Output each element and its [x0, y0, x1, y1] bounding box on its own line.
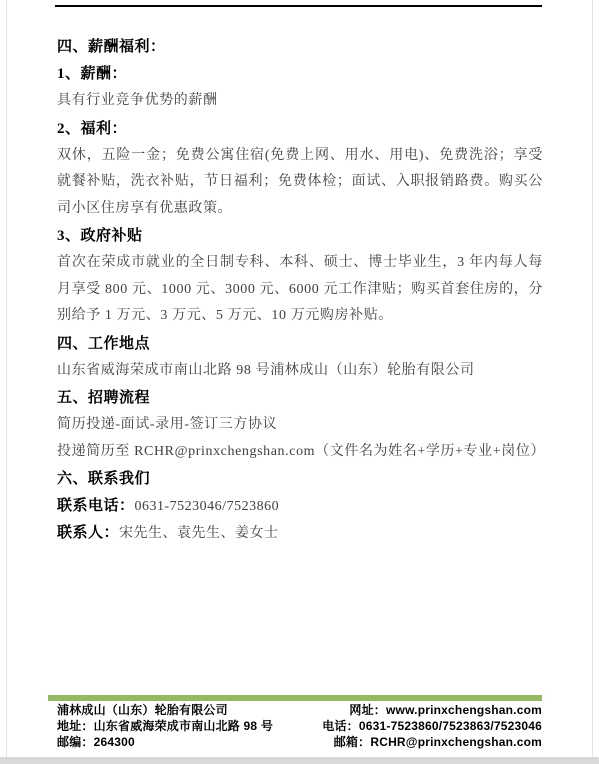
section-heading-salary: 1、薪酬： [57, 61, 543, 87]
recruitment-process-paragraph: 简历投递-面试-录用-签订三方协议 [57, 412, 543, 439]
contact-phone-line: 联系电话：0631-7523046/7523860 [57, 493, 543, 520]
document-body: 四、薪酬福利： 1、薪酬： 具有行业竞争优势的薪酬 2、福利： 双休，五险一金；… [57, 33, 543, 547]
footer-company-block: 浦林成山（山东）轮胎有限公司 地址：山东省威海荣成市南山北路 98 号 邮编：2… [57, 702, 273, 750]
contact-person-value: 宋先生、袁先生、姜女士 [119, 526, 279, 541]
footer-email-line: 邮箱：RCHR@prinxchengshan.com [322, 734, 542, 750]
footer-accent-bar [48, 695, 542, 701]
footer-zipcode-line: 邮编：264300 [57, 734, 273, 750]
contact-phone-value: 0631-7523046/7523860 [135, 499, 280, 514]
welfare-paragraph: 双休，五险一金；免费公寓住宿(免费上网、用水、用电)、免费洗浴；享受就餐补贴，洗… [57, 143, 543, 223]
contact-phone-label: 联系电话： [57, 498, 135, 514]
government-subsidy-paragraph: 首次在荣成市就业的全日制专科、本科、硕士、博士毕业生，3 年内每人每月享受 80… [57, 250, 543, 330]
section-heading-contact-us: 六、联系我们 [57, 466, 543, 492]
section-heading-compensation-benefits: 四、薪酬福利： [57, 34, 543, 60]
footer-address-line: 地址：山东省威海荣成市南山北路 98 号 [57, 718, 273, 734]
footer-company-name: 浦林成山（山东）轮胎有限公司 [57, 702, 273, 718]
footer-website-line: 网址：www.prinxchengshan.com [322, 702, 542, 718]
section-heading-work-location: 四、工作地点 [57, 331, 543, 357]
document-page: 四、薪酬福利： 1、薪酬： 具有行业竞争优势的薪酬 2、福利： 双休，五险一金；… [0, 0, 599, 764]
page-bottom-edge [0, 757, 599, 764]
section-heading-recruitment-process: 五、招聘流程 [57, 385, 543, 411]
salary-paragraph: 具有行业竞争优势的薪酬 [57, 88, 543, 115]
page-footer: 浦林成山（山东）轮胎有限公司 地址：山东省威海荣成市南山北路 98 号 邮编：2… [57, 702, 542, 750]
work-location-paragraph: 山东省威海荣成市南山北路 98 号浦林成山（山东）轮胎有限公司 [57, 358, 543, 385]
section-heading-government-subsidy: 3、政府补贴 [57, 223, 543, 249]
page-right-edge [592, 0, 593, 757]
contact-person-label: 联系人： [57, 525, 119, 541]
resume-submission-paragraph: 投递简历至 RCHR@prinxchengshan.com（文件名为姓名+学历+… [57, 439, 543, 466]
footer-phone-line: 电话：0631-7523860/7523863/7523046 [322, 718, 542, 734]
page-left-edge [6, 0, 7, 757]
contact-person-line: 联系人：宋先生、袁先生、姜女士 [57, 520, 543, 547]
footer-contact-block: 网址：www.prinxchengshan.com 电话：0631-752386… [322, 702, 542, 750]
section-heading-welfare: 2、福利： [57, 116, 543, 142]
table-bottom-border-rule [55, 5, 542, 7]
